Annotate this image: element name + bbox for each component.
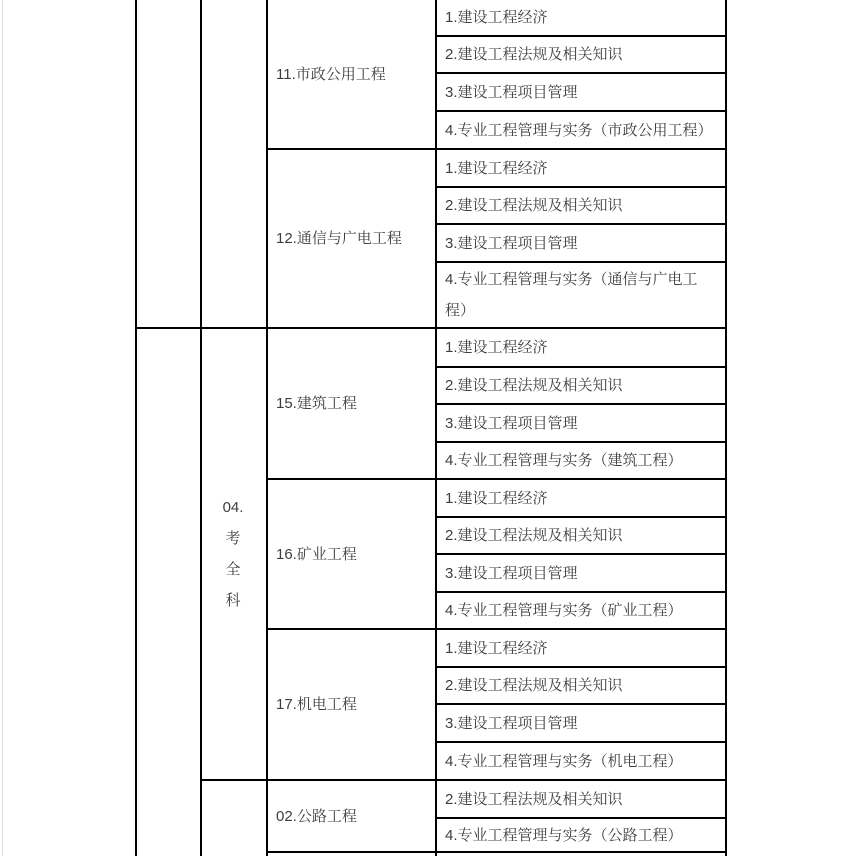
exam-subject-table-page: 04. 考 全 科 11.市政公用工程 12.通信与广电工程 15.建筑工程 1…: [0, 0, 857, 856]
subject-cell: 1.建设工程经济: [437, 150, 717, 186]
grid-line-h: [266, 851, 727, 853]
subject-cell: 1.建设工程经济: [437, 329, 717, 366]
subject-cell: 2.建设工程法规及相关知识: [437, 37, 717, 72]
group-label-cell: 11.市政公用工程: [268, 0, 427, 148]
subject-cell: 1.建设工程经济: [437, 0, 717, 35]
page-left-rule: [2, 0, 3, 856]
group-label-cell: 16.矿业工程: [268, 480, 427, 628]
grid-line-v: [725, 0, 727, 856]
subject-cell: 3.建设工程项目管理: [437, 225, 717, 261]
subject-cell: 3.建设工程项目管理: [437, 405, 717, 441]
subject-cell: 2.建设工程法规及相关知识: [437, 781, 717, 817]
grid-line-v: [135, 0, 137, 856]
subject-cell: 1.建设工程经济: [437, 630, 717, 666]
subject-cell: 4.专业工程管理与实务（建筑工程）: [437, 443, 717, 478]
subject-cell: 4.专业工程管理与实务（通信与广电工程）: [437, 263, 717, 327]
subject-cell: 2.建设工程法规及相关知识: [437, 188, 717, 223]
group-label-cell: 17.机电工程: [268, 630, 427, 779]
group-label-cell: 15.建筑工程: [268, 329, 427, 478]
subject-cell: 4.专业工程管理与实务（矿业工程）: [437, 593, 717, 628]
group-label-cell: 12.通信与广电工程: [268, 150, 427, 327]
subject-cell: 4.专业工程管理与实务（公路工程）: [437, 819, 717, 851]
subject-cell: 4.专业工程管理与实务（机电工程）: [437, 743, 717, 779]
category-cell: 04. 考 全 科: [202, 329, 264, 779]
subject-cell: 3.建设工程项目管理: [437, 705, 717, 741]
subject-cell: 2.建设工程法规及相关知识: [437, 668, 717, 703]
subject-cell: 1.建设工程经济: [437, 480, 717, 516]
subject-cell: 2.建设工程法规及相关知识: [437, 518, 717, 553]
group-label-cell: 02.公路工程: [268, 781, 427, 851]
subject-cell: 3.建设工程项目管理: [437, 74, 717, 110]
subject-cell: 3.建设工程项目管理: [437, 555, 717, 591]
subject-cell: 4.专业工程管理与实务（市政公用工程）: [437, 112, 717, 148]
subject-cell: 2.建设工程法规及相关知识: [437, 368, 717, 403]
